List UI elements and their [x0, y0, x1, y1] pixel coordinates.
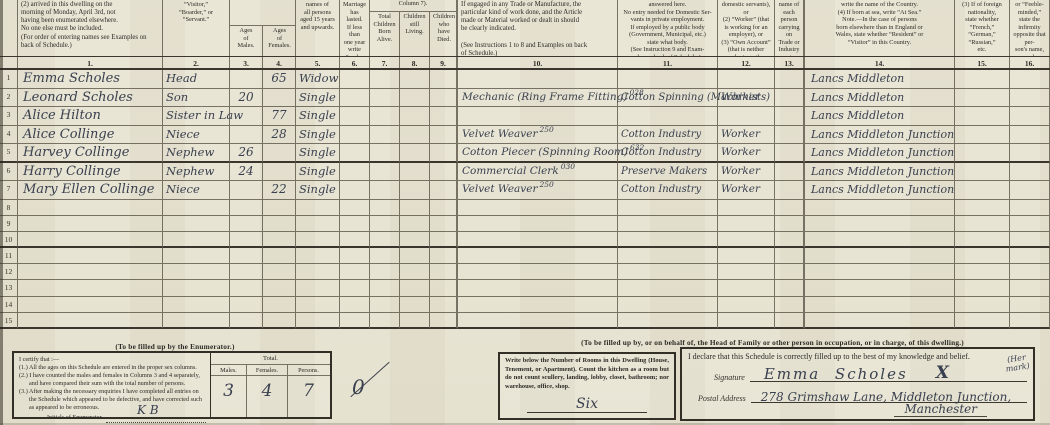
children-born-entry: [370, 216, 400, 232]
children-living-entry: [400, 163, 430, 182]
row-number: 9: [0, 216, 18, 232]
relationship-entry: [163, 297, 230, 313]
children-living-entry: [400, 181, 430, 200]
industry-entry: [618, 264, 718, 280]
column-number: 7.: [370, 57, 400, 68]
children-died-entry: [430, 163, 458, 182]
occupation-entry: Commercial Clerk030: [458, 163, 618, 182]
industry-entry: Cotton Industry: [618, 144, 718, 163]
marital-status-entry: [296, 200, 340, 216]
nationality-entry: [955, 126, 1010, 145]
occupation-entry: Velvet Weaver250: [458, 126, 618, 145]
infirmity-entry: [1010, 248, 1050, 264]
column-number-strip: 1. 2. 3. 4. 5. 6. 7. 8. 9. 10. 11. 12. 1…: [0, 57, 1050, 70]
children-died-entry: [430, 280, 458, 296]
age-females-entry: [263, 280, 296, 296]
infirmity-entry: [1010, 232, 1050, 248]
header-children-died: Children who have Died.: [430, 12, 458, 56]
rooms-count-handwriting: Six: [527, 396, 647, 413]
children-died-entry: [430, 144, 458, 163]
name-entry: [18, 216, 163, 232]
children-living-entry: [400, 144, 430, 163]
marriage-years-entry: [340, 297, 370, 313]
marital-status-entry: Widow: [296, 70, 340, 89]
infirmity-entry: [1010, 144, 1050, 163]
table-row: 3 Alice Hilton Sister in Law 77 Single L…: [0, 107, 1050, 126]
age-males-entry: [230, 280, 263, 296]
marriage-years-entry: [340, 232, 370, 248]
column-number: 15.: [955, 57, 1010, 68]
occupation-code: 250: [539, 180, 553, 189]
postal-address-line: 278 Grimshaw Lane, Middleton Junction, M…: [751, 389, 1027, 403]
at-home-entry: [775, 163, 805, 182]
marital-status-entry: [296, 264, 340, 280]
children-living-entry: [400, 248, 430, 264]
age-males-entry: [230, 232, 263, 248]
children-died-entry: [430, 107, 458, 126]
children-living-entry: [400, 89, 430, 108]
census-schedule-scan: (2) arrived in this dwelling on the morn…: [0, 0, 1050, 425]
householder-section-title: (To be filled up by, or on behalf of, th…: [540, 338, 1005, 347]
cert-intro: I certify that :—: [19, 356, 206, 364]
table-row: 7 Mary Ellen Collinge Niece 22 Single Ve…: [0, 181, 1050, 200]
column-number: 6.: [340, 57, 370, 68]
occupation-entry: [458, 200, 618, 216]
industry-entry: [618, 107, 718, 126]
table-row: 12: [0, 264, 1050, 280]
table-row: 14: [0, 297, 1050, 313]
children-died-entry: [430, 232, 458, 248]
birthplace-entry: [805, 313, 955, 329]
industry-entry: Preserve Makers: [618, 163, 718, 182]
marital-status-entry: [296, 313, 340, 329]
nationality-entry: [955, 232, 1010, 248]
industry-entry: [618, 200, 718, 216]
marital-status-entry: Single: [296, 107, 340, 126]
at-home-entry: [775, 264, 805, 280]
age-females-entry: [263, 264, 296, 280]
relationship-entry: Nephew: [163, 144, 230, 163]
children-born-entry: [370, 280, 400, 296]
relationship-entry: Niece: [163, 181, 230, 200]
age-males-entry: [230, 200, 263, 216]
header-infirmity-column: or “Feeble- minded,” state the infirmity…: [1010, 0, 1050, 56]
age-females-entry: [263, 144, 296, 163]
initials-row: Initials of Enumerator. K B: [19, 414, 206, 422]
nationality-entry: [955, 107, 1010, 126]
infirmity-entry: [1010, 297, 1050, 313]
row-number: 7: [0, 181, 18, 200]
infirmity-entry: [1010, 107, 1050, 126]
nationality-entry: [955, 200, 1010, 216]
children-born-entry: [370, 89, 400, 108]
age-males-entry: [230, 70, 263, 89]
header-children-born: Total Children Born Alive.: [370, 12, 400, 56]
employment-status-entry: [718, 232, 775, 248]
name-entry: [18, 200, 163, 216]
age-males-entry: [230, 248, 263, 264]
signature-label: Signature: [714, 373, 745, 382]
at-home-entry: [775, 280, 805, 296]
relationship-entry: [163, 200, 230, 216]
column-number: 1.: [18, 57, 163, 68]
name-entry: [18, 280, 163, 296]
row-number: 3: [0, 107, 18, 126]
column-number: 3.: [230, 57, 263, 68]
at-home-entry: [775, 216, 805, 232]
occupation-entry: [458, 216, 618, 232]
marital-status-entry: [296, 297, 340, 313]
declaration-text: I declare that this Schedule is correctl…: [688, 352, 1027, 361]
table-row: 15: [0, 313, 1050, 329]
nationality-entry: [955, 313, 1010, 329]
column-number: 13.: [775, 57, 805, 68]
age-females-entry: [263, 216, 296, 232]
table-row: 4 Alice Collinge Niece 28 Single Velvet …: [0, 126, 1050, 145]
header-children-group: Column 7). Total Children Born Alive. Ch…: [370, 0, 458, 56]
occupation-entry: Mechanic (Ring Frame Fitting)028: [458, 89, 618, 108]
column-number: 11.: [618, 57, 718, 68]
name-entry: Harvey Collinge: [18, 144, 163, 163]
occupation-entry: [458, 107, 618, 126]
header-name-column: (2) arrived in this dwelling on the morn…: [18, 0, 163, 56]
age-males-entry: [230, 126, 263, 145]
infirmity-entry: [1010, 70, 1050, 89]
birthplace-entry: [805, 264, 955, 280]
industry-entry: [618, 313, 718, 329]
children-living-entry: [400, 216, 430, 232]
name-entry: Emma Scholes: [18, 70, 163, 89]
industry-entry: Cotton Industry: [618, 181, 718, 200]
name-entry: [18, 297, 163, 313]
age-males-entry: 20: [230, 89, 263, 108]
enumerator-initials-handwriting: K B: [137, 403, 159, 419]
column-number: 14.: [805, 57, 955, 68]
persons-total-handwriting: 7: [288, 376, 329, 417]
children-born-entry: [370, 248, 400, 264]
males-label: Males.: [211, 365, 247, 375]
relationship-entry: [163, 264, 230, 280]
nationality-entry: [955, 89, 1010, 108]
children-born-entry: [370, 107, 400, 126]
industry-entry: [618, 70, 718, 89]
header-relationship-column: “Visitor,” “Boarder,” or “Servant.”: [163, 0, 230, 56]
header-occupation-column: If engaged in any Trade or Manufacture, …: [458, 0, 618, 56]
totals-grid: Total. Males. Females. Persons. 3 4 7: [210, 353, 330, 417]
age-males-entry: [230, 181, 263, 200]
row-number: 11: [0, 248, 18, 264]
relationship-entry: Sister in Law: [163, 107, 230, 126]
children-died-entry: [430, 248, 458, 264]
totals-label: Total.: [211, 353, 330, 365]
nationality-entry: [955, 248, 1010, 264]
birthplace-entry: Lancs Middleton: [805, 70, 955, 89]
marital-status-entry: [296, 280, 340, 296]
postal-address-label: Postal Address: [698, 394, 746, 403]
row-number: 6: [0, 163, 18, 182]
table-row: 13: [0, 280, 1050, 296]
infirmity-entry: [1010, 313, 1050, 329]
males-total-handwriting: 3: [211, 376, 247, 417]
children-born-entry: [370, 181, 400, 200]
nationality-entry: [955, 280, 1010, 296]
relationship-entry: Son: [163, 89, 230, 108]
children-living-entry: [400, 264, 430, 280]
infirmity-entry: [1010, 126, 1050, 145]
name-entry: Leonard Scholes: [18, 89, 163, 108]
enumerator-box: I certify that :— (1.) All the ages on t…: [12, 351, 332, 419]
rooms-instructions: Write below the Number of Rooms in this …: [505, 357, 669, 392]
at-home-entry: [775, 144, 805, 163]
occupation-entry: [458, 313, 618, 329]
age-males-entry: [230, 313, 263, 329]
relationship-entry: Head: [163, 70, 230, 89]
children-born-entry: [370, 126, 400, 145]
children-living-entry: [400, 126, 430, 145]
signature-row: Signature Emma Scholes X (Her mark): [688, 366, 1027, 382]
table-row: 11: [0, 248, 1050, 264]
relationship-entry: [163, 313, 230, 329]
marital-status-entry: [296, 248, 340, 264]
marital-status-entry: Single: [296, 144, 340, 163]
table-row: 8: [0, 200, 1050, 216]
infirmity-entry: [1010, 181, 1050, 200]
industry-entry: [618, 297, 718, 313]
marriage-years-entry: [340, 216, 370, 232]
children-died-entry: [430, 89, 458, 108]
schedule-rows: 1 Emma Scholes Head 65 Widow Lancs Middl…: [0, 70, 1050, 329]
females-total-handwriting: 4: [247, 376, 288, 417]
at-home-entry: [775, 297, 805, 313]
females-label: Females.: [247, 365, 288, 375]
at-home-entry: [775, 70, 805, 89]
birthplace-entry: Lancs Middleton: [805, 107, 955, 126]
column-number: 16.: [1010, 57, 1050, 68]
birthplace-entry: Lancs Middleton Junction: [805, 126, 955, 145]
occupation-entry: [458, 248, 618, 264]
age-males-entry: 24: [230, 163, 263, 182]
marital-status-entry: Single: [296, 126, 340, 145]
age-males-entry: 26: [230, 144, 263, 163]
table-row: 5 Harvey Collinge Nephew 26 Single Cotto…: [0, 144, 1050, 163]
industry-entry: [618, 232, 718, 248]
marital-status-entry: Single: [296, 163, 340, 182]
header-marriage-duration: Marriage has lasted. If less than one ye…: [340, 0, 370, 56]
birthplace-entry: Lancs Middleton Junction: [805, 144, 955, 163]
birthplace-entry: [805, 248, 955, 264]
birthplace-entry: [805, 280, 955, 296]
marriage-years-entry: [340, 70, 370, 89]
children-living-entry: [400, 232, 430, 248]
signature-handwriting: Emma Scholes: [764, 365, 908, 383]
row-number: 5: [0, 144, 18, 163]
employment-status-entry: [718, 313, 775, 329]
age-females-entry: [263, 297, 296, 313]
column-number: 12.: [718, 57, 775, 68]
name-entry: Mary Ellen Collinge: [18, 181, 163, 200]
children-died-entry: [430, 264, 458, 280]
industry-entry: [618, 280, 718, 296]
birthplace-entry: [805, 297, 955, 313]
relationship-entry: Niece: [163, 126, 230, 145]
marital-status-entry: [296, 216, 340, 232]
age-females-entry: [263, 313, 296, 329]
marital-status-entry: Single: [296, 89, 340, 108]
employment-status-entry: [718, 280, 775, 296]
age-males-entry: [230, 216, 263, 232]
column-number: [0, 57, 18, 68]
nationality-entry: [955, 181, 1010, 200]
bottom-section: (To be filled up by the Enumerator.) I c…: [0, 329, 1050, 425]
cert-item: (3.) After making the necessary enquirie…: [19, 388, 206, 412]
cert-item: (2.) I have counted the males and female…: [19, 372, 206, 388]
stray-zero-mark: 0: [352, 375, 365, 399]
employment-status-entry: Worker: [718, 163, 775, 182]
header-industry-column: answered here. No entry needed for Domes…: [618, 0, 718, 56]
industry-entry: [618, 216, 718, 232]
employment-status-entry: Worker: [718, 126, 775, 145]
name-entry: [18, 264, 163, 280]
age-males-entry: [230, 107, 263, 126]
at-home-entry: [775, 232, 805, 248]
table-row: 10: [0, 232, 1050, 248]
children-born-entry: [370, 297, 400, 313]
age-females-entry: 22: [263, 181, 296, 200]
occupation-code: 250: [539, 125, 553, 134]
infirmity-entry: [1010, 163, 1050, 182]
occupation-entry: [458, 297, 618, 313]
name-entry: [18, 313, 163, 329]
nationality-entry: [955, 163, 1010, 182]
children-born-entry: [370, 200, 400, 216]
birthplace-entry: [805, 200, 955, 216]
name-entry: Alice Collinge: [18, 126, 163, 145]
industry-entry: [618, 248, 718, 264]
row-number: 14: [0, 297, 18, 313]
children-living-entry: [400, 297, 430, 313]
children-living-entry: [400, 313, 430, 329]
row-number: 12: [0, 264, 18, 280]
postal-address-city-handwriting: Manchester: [894, 402, 987, 417]
children-died-entry: [430, 313, 458, 329]
children-born-entry: [370, 232, 400, 248]
name-entry: [18, 232, 163, 248]
employment-status-entry: [718, 70, 775, 89]
relationship-entry: [163, 232, 230, 248]
nationality-entry: [955, 216, 1010, 232]
header-nationality-column: (3) If of foreign nationality, state whe…: [955, 0, 1010, 56]
nationality-entry: [955, 297, 1010, 313]
children-died-entry: [430, 181, 458, 200]
age-females-entry: 28: [263, 126, 296, 145]
header-marriage-particulars: names of all persons aged 15 years and u…: [296, 0, 340, 56]
postal-address-row: Postal Address 278 Grimshaw Lane, Middle…: [688, 389, 1027, 403]
marriage-years-entry: [340, 89, 370, 108]
marriage-years-entry: [340, 163, 370, 182]
infirmity-entry: [1010, 216, 1050, 232]
enumerator-section-title: (To be filled up by the Enumerator.): [30, 342, 320, 351]
employment-status-entry: Worker: [718, 181, 775, 200]
children-living-entry: [400, 70, 430, 89]
infirmity-entry: [1010, 200, 1050, 216]
children-died-entry: [430, 297, 458, 313]
age-females-entry: [263, 200, 296, 216]
marriage-years-entry: [340, 280, 370, 296]
employment-status-entry: [718, 107, 775, 126]
occupation-entry: [458, 70, 618, 89]
age-males-entry: [230, 264, 263, 280]
table-header: (2) arrived in this dwelling on the morn…: [0, 0, 1050, 57]
birthplace-entry: Lancs Middleton Junction: [805, 163, 955, 182]
signature-line: Emma Scholes X (Her mark): [750, 366, 1027, 382]
employment-status-entry: [718, 297, 775, 313]
age-females-entry: [263, 89, 296, 108]
at-home-entry: [775, 107, 805, 126]
column-number: 4.: [263, 57, 296, 68]
occupation-entry: [458, 264, 618, 280]
marital-status-entry: [296, 232, 340, 248]
occupation-code: 030: [561, 162, 575, 171]
marriage-years-entry: [340, 313, 370, 329]
name-entry: Harry Collinge: [18, 163, 163, 182]
children-born-entry: [370, 70, 400, 89]
signature-x-mark: X: [936, 363, 949, 383]
industry-entry: Cotton Spinning (Machinists): [618, 89, 718, 108]
infirmity-entry: [1010, 280, 1050, 296]
marriage-years-entry: [340, 200, 370, 216]
age-females-entry: 65: [263, 70, 296, 89]
initials-label: Initials of Enumerator.: [47, 414, 103, 422]
at-home-entry: [775, 248, 805, 264]
children-died-entry: [430, 216, 458, 232]
header-birthplace-column: write the name of the Country. (4) If bo…: [805, 0, 955, 56]
table-row: 6 Harry Collinge Nephew 24 Single Commer…: [0, 163, 1050, 182]
row-number: 8: [0, 200, 18, 216]
relationship-entry: [163, 216, 230, 232]
age-females-entry: 77: [263, 107, 296, 126]
table-row: 2 Leonard Scholes Son 20 Single Mechanic…: [0, 89, 1050, 108]
employment-status-entry: Worker: [718, 144, 775, 163]
enumerator-certification: I certify that :— (1.) All the ages on t…: [14, 353, 210, 417]
header-working-at-home-column: name of each person carrying on Trade or…: [775, 0, 805, 56]
at-home-entry: [775, 181, 805, 200]
row-number: 1: [0, 70, 18, 89]
marriage-years-entry: [340, 264, 370, 280]
infirmity-entry: [1010, 264, 1050, 280]
relationship-entry: [163, 280, 230, 296]
children-living-entry: [400, 107, 430, 126]
marriage-years-entry: [340, 181, 370, 200]
children-born-entry: [370, 313, 400, 329]
at-home-entry: [775, 126, 805, 145]
employment-status-entry: [718, 200, 775, 216]
employment-status-entry: [718, 248, 775, 264]
column-number: 5.: [296, 57, 340, 68]
occupation-entry: Cotton Piecer (Spinning Room)632: [458, 144, 618, 163]
marriage-years-entry: [340, 144, 370, 163]
row-number: 10: [0, 232, 18, 248]
at-home-entry: [775, 200, 805, 216]
persons-label: Persons.: [288, 365, 329, 375]
row-number: 2: [0, 89, 18, 108]
nationality-entry: [955, 144, 1010, 163]
birthplace-entry: Lancs Middleton: [805, 89, 955, 108]
occupation-entry: [458, 280, 618, 296]
at-home-entry: [775, 89, 805, 108]
header-employment-status-column: domestic servants), or (2) “Worker” (tha…: [718, 0, 775, 56]
at-home-entry: [775, 313, 805, 329]
row-number: 15: [0, 313, 18, 329]
